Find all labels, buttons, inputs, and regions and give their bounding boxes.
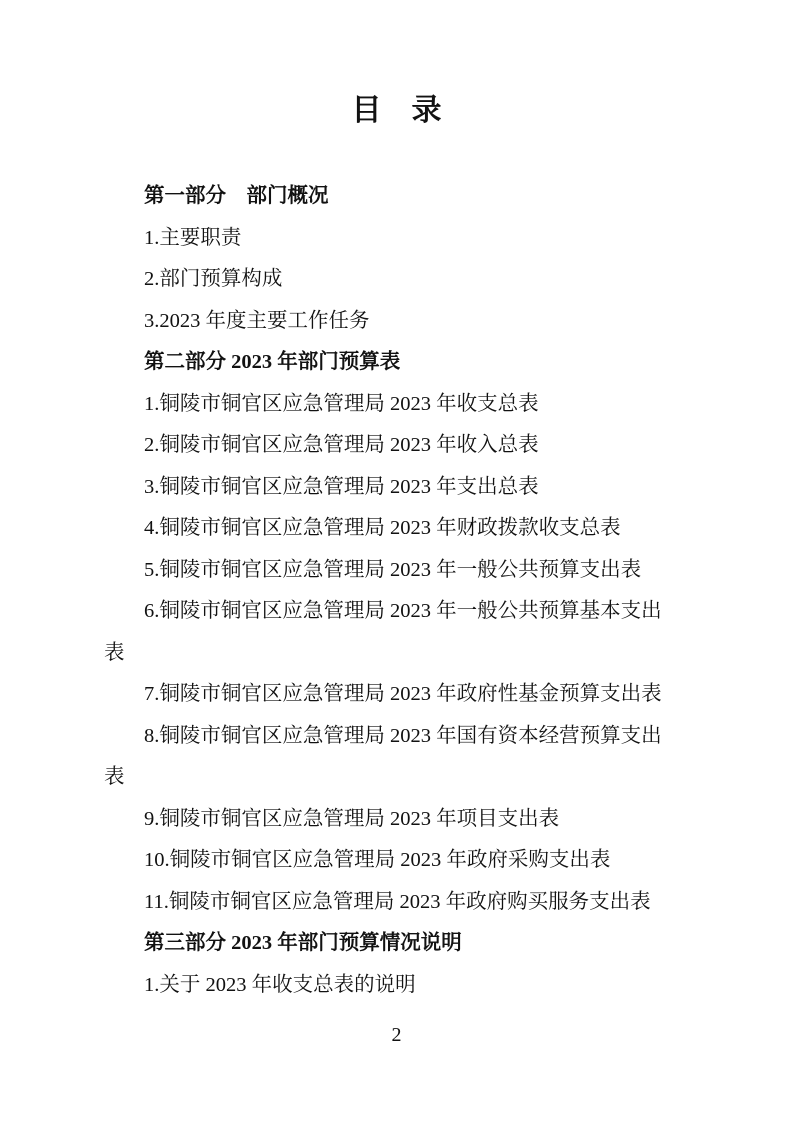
table-of-contents: 第一部分 部门概况1.主要职责2.部门预算构成3.2023 年度主要工作任务第二… [104,176,709,1006]
page-title: 目 录 [0,88,793,134]
toc-item: 11.铜陵市铜官区应急管理局 2023 年政府购买服务支出表 [104,882,709,924]
toc-section-heading: 第一部分 部门概况 [104,176,709,218]
document-page: 目 录 第一部分 部门概况1.主要职责2.部门预算构成3.2023 年度主要工作… [0,0,793,1122]
toc-item: 2.铜陵市铜官区应急管理局 2023 年收入总表 [104,425,709,467]
toc-item: 8.铜陵市铜官区应急管理局 2023 年国有资本经营预算支出 [104,716,709,758]
toc-item: 10.铜陵市铜官区应急管理局 2023 年政府采购支出表 [104,840,709,882]
toc-item: 1.铜陵市铜官区应急管理局 2023 年收支总表 [104,384,709,426]
toc-item: 7.铜陵市铜官区应急管理局 2023 年政府性基金预算支出表 [104,674,709,716]
toc-item: 3.铜陵市铜官区应急管理局 2023 年支出总表 [104,467,709,509]
toc-item: 9.铜陵市铜官区应急管理局 2023 年项目支出表 [104,799,709,841]
toc-item: 2.部门预算构成 [104,259,709,301]
toc-item: 5.铜陵市铜官区应急管理局 2023 年一般公共预算支出表 [104,550,709,592]
toc-item: 4.铜陵市铜官区应急管理局 2023 年财政拨款收支总表 [104,508,709,550]
toc-section-heading: 第二部分 2023 年部门预算表 [104,342,709,384]
toc-item: 6.铜陵市铜官区应急管理局 2023 年一般公共预算基本支出 [104,591,709,633]
toc-item: 表 [104,633,709,675]
toc-item: 表 [104,757,709,799]
toc-item: 3.2023 年度主要工作任务 [104,301,709,343]
toc-item: 1.主要职责 [104,218,709,260]
toc-section-heading: 第三部分 2023 年部门预算情况说明 [104,923,709,965]
toc-item: 1.关于 2023 年收支总表的说明 [104,965,709,1007]
page-number: 2 [0,1020,793,1050]
